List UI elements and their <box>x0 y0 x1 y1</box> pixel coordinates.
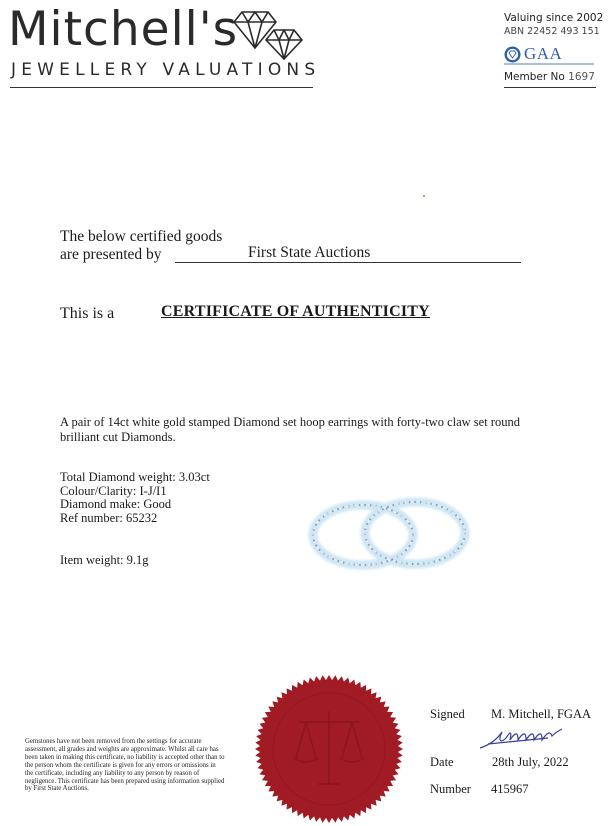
certificate-prefix: This is a <box>60 305 114 323</box>
abn-number: ABN 22452 493 151 <box>504 25 603 38</box>
certificate-number: 415967 <box>491 782 529 797</box>
signed-value: M. Mitchell, FGAA <box>491 707 591 722</box>
spec-ref-number: Ref number: 65232 <box>60 512 210 526</box>
diamonds-icon <box>232 10 306 60</box>
spec-colour-clarity: Colour/Clarity: I-J/I1 <box>60 485 210 499</box>
gaa-caption <box>504 63 594 65</box>
spec-diamond-make: Diamond make: Good <box>60 498 210 512</box>
speck <box>423 195 425 197</box>
signed-label: Signed <box>430 707 465 722</box>
spec-total-weight: Total Diamond weight: 3.03ct <box>60 471 210 485</box>
number-label: Number <box>430 782 471 797</box>
member-number: Member No 1697 <box>504 71 595 83</box>
valuing-since: Valuing since 2002 <box>504 12 603 25</box>
header-info: Valuing since 2002 ABN 22452 493 151 <box>504 12 603 38</box>
red-seal <box>254 674 404 824</box>
gaa-logo: GAA <box>504 44 562 64</box>
brand-name: Mitchell's <box>8 6 238 53</box>
gaa-seal-icon <box>504 46 521 63</box>
presenter-field: First State Auctions <box>175 244 521 263</box>
certificate-title: CERTIFICATE OF AUTHENTICITY <box>161 303 430 321</box>
brand-subtitle: JEWELLERY VALUATIONS <box>11 62 320 79</box>
gaa-text: GAA <box>524 44 562 64</box>
item-weight: Item weight: 9.1g <box>60 553 149 568</box>
header-right-divider <box>504 87 596 88</box>
hoop-earrings-image <box>305 495 473 575</box>
date-label: Date <box>430 755 454 770</box>
presenter-name: First State Auctions <box>248 244 370 262</box>
disclaimer-text: Gemstones have not been removed from the… <box>25 738 225 793</box>
presented-by-label: are presented by <box>60 246 162 264</box>
logo-divider <box>10 87 313 88</box>
signature-mark <box>478 726 564 750</box>
date-value: 28th July, 2022 <box>492 755 569 770</box>
item-specs: Total Diamond weight: 3.03ct Colour/Clar… <box>60 471 210 525</box>
item-description: A pair of 14ct white gold stamped Diamon… <box>60 415 530 445</box>
